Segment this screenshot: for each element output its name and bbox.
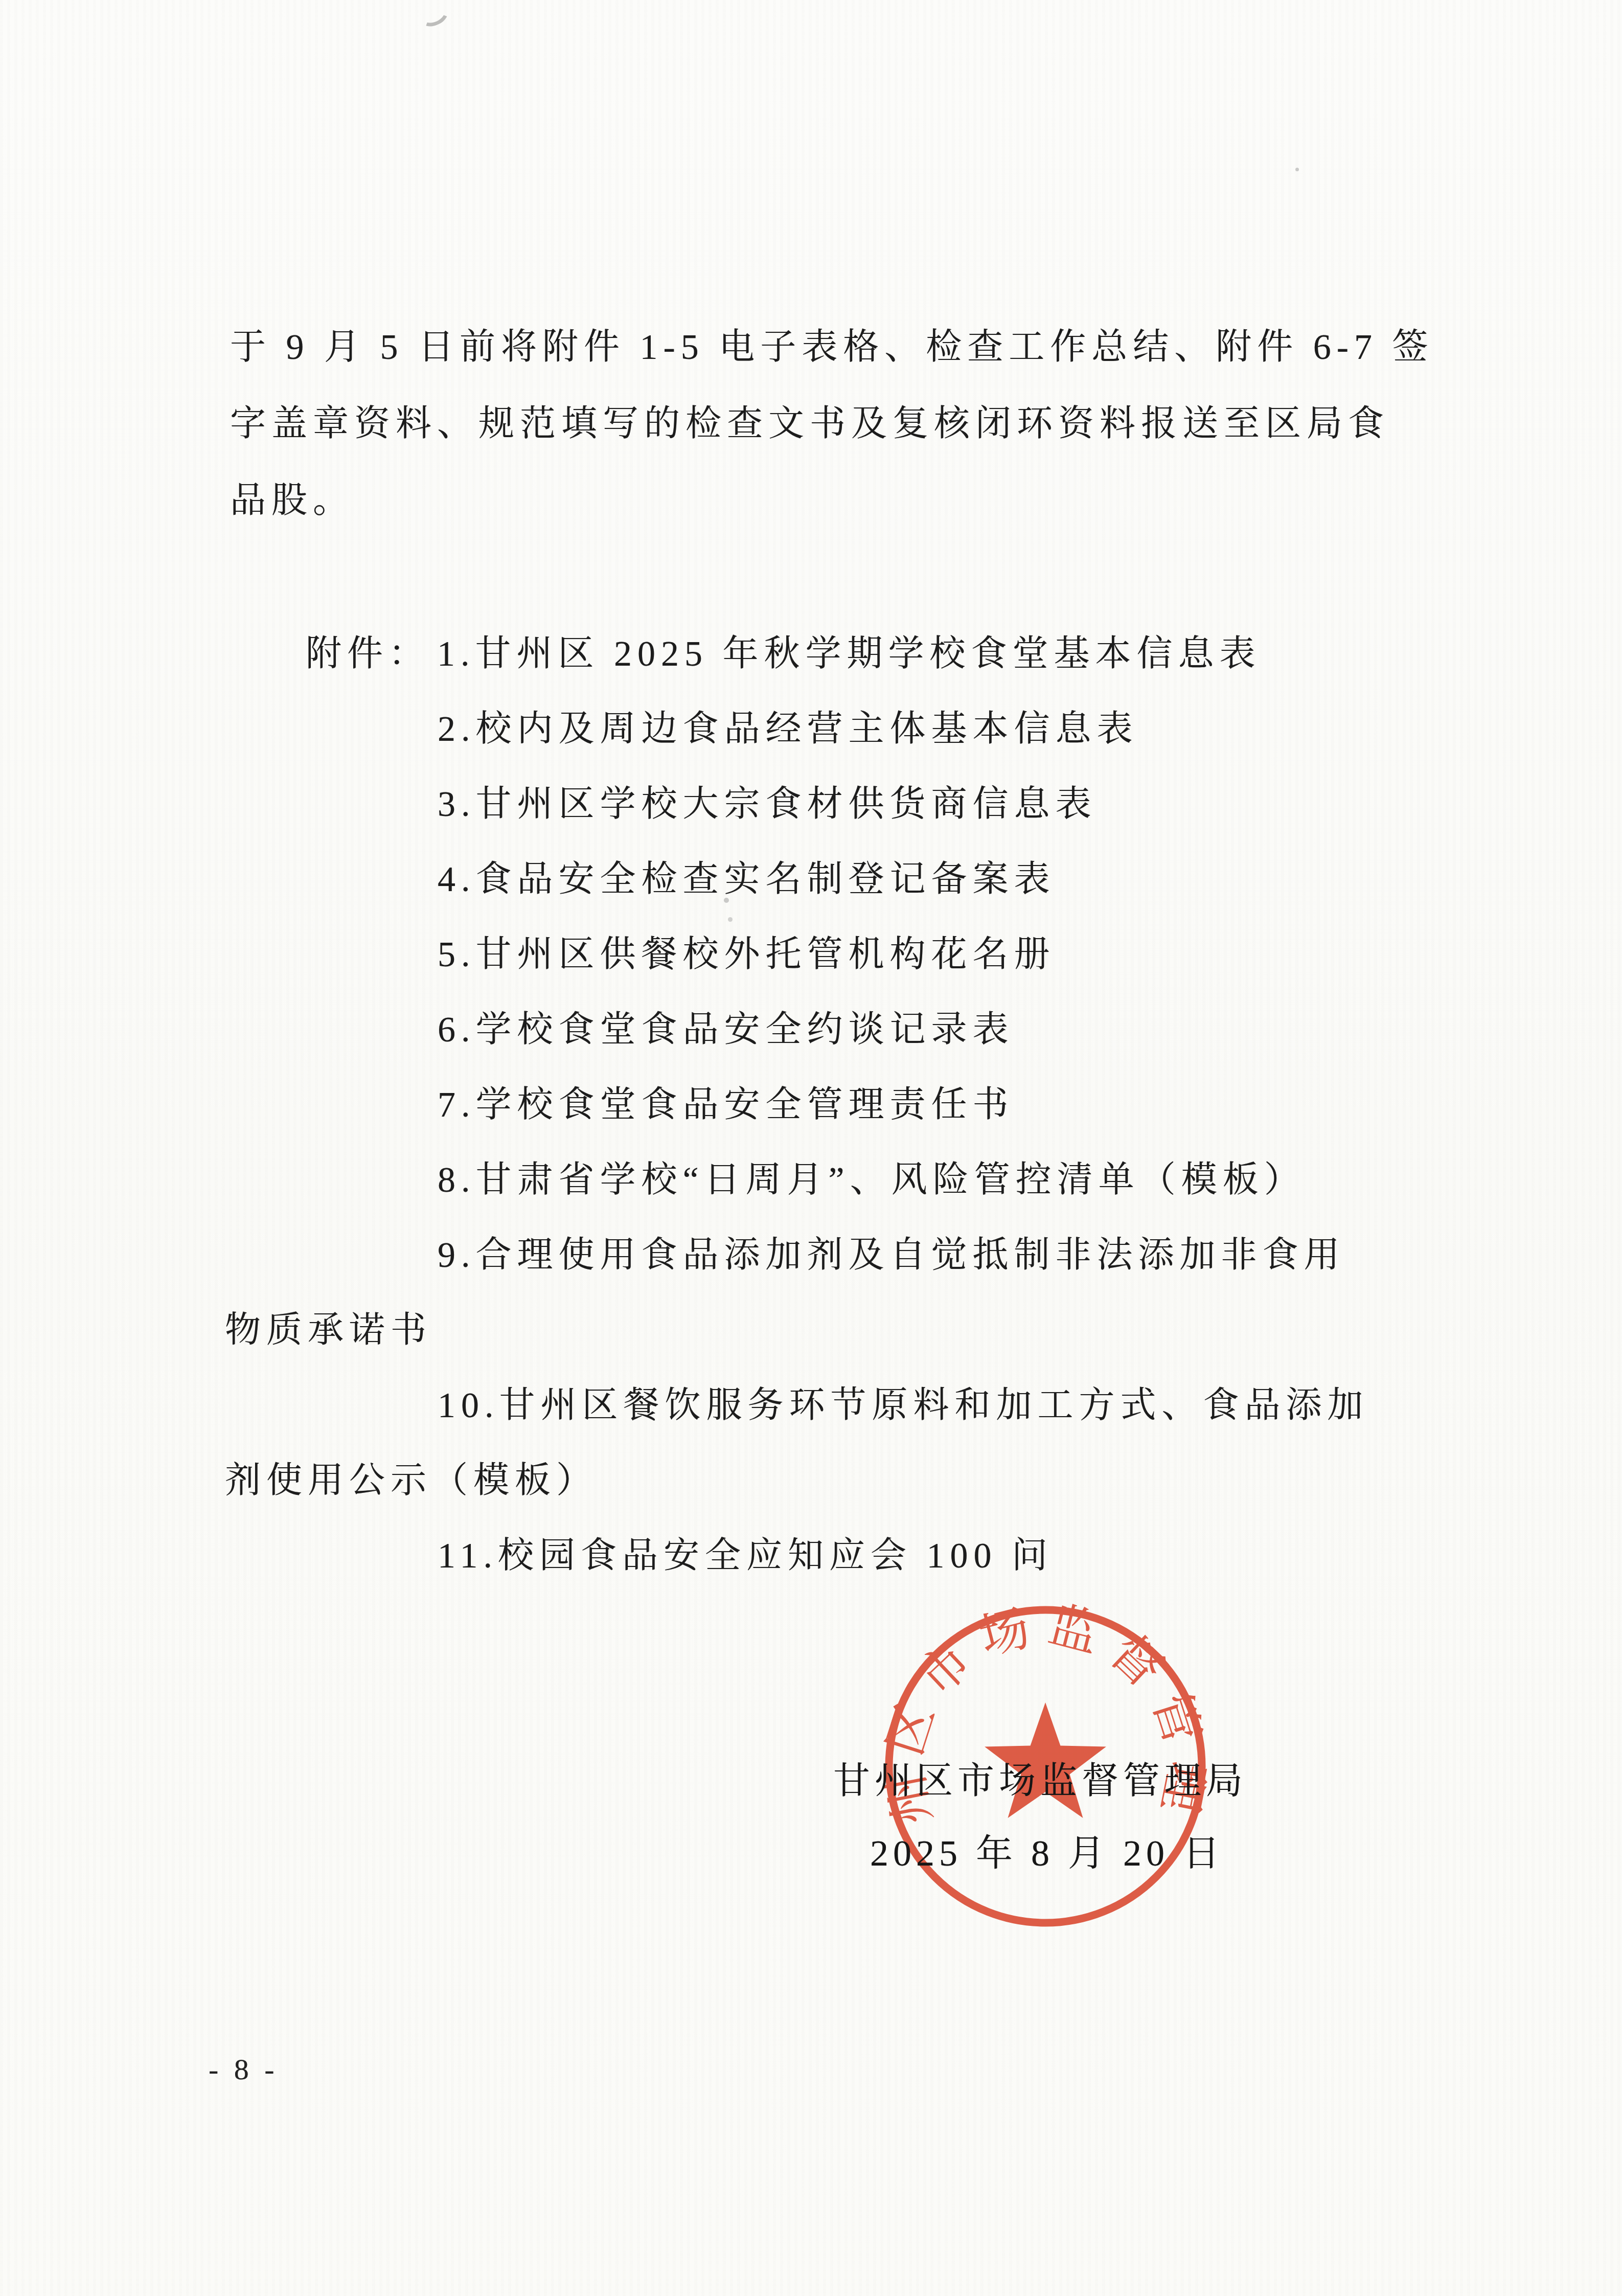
attachment-item-text: 1.甘州区 2025 年秋学期学校食堂基本信息表 xyxy=(437,634,1261,674)
scan-speck-artifact xyxy=(728,917,733,922)
attachment-line: 3.甘州区学校大宗食材供货商信息表 xyxy=(438,775,1097,827)
attachment-line: 7.学校食堂食品安全管理责任书 xyxy=(438,1076,1014,1127)
attachment-line: 8.甘肃省学校“日周月”、风险管控清单（模板） xyxy=(438,1151,1306,1202)
attachment-first-line: 附件：1.甘州区 2025 年秋学期学校食堂基本信息表 xyxy=(306,625,1261,676)
issue-date: 2025 年 8 月 20 日 xyxy=(870,1823,1224,1876)
paragraph-line: 字盖章资料、规范填写的检查文书及复核闭环资料报送至区局食 xyxy=(230,395,1389,446)
attachment-line: 剂使用公示（模板） xyxy=(225,1451,598,1503)
paragraph-line: 品股。 xyxy=(230,471,354,523)
attachments-label: 附件： xyxy=(306,634,437,674)
scan-speck-artifact xyxy=(1295,168,1299,171)
attachment-line: 6.学校食堂食品安全约谈记录表 xyxy=(438,1001,1014,1052)
attachment-line: 5.甘州区供餐校外托管机构花名册 xyxy=(438,925,1056,977)
document-page: 于 9 月 5 日前将附件 1-5 电子表格、检查工作总结、附件 6-7 签字盖… xyxy=(0,0,1622,2296)
attachment-line: 10.甘州区餐饮服务环节原料和加工方式、食品添加 xyxy=(438,1376,1369,1428)
issuer-agency-name: 甘州区市场监督管理局 xyxy=(833,1751,1247,1804)
attachment-line: 物质承诺书 xyxy=(225,1301,432,1353)
attachment-line: 4.食品安全检查实名制登记备案表 xyxy=(438,850,1056,902)
page-number: - 8 - xyxy=(209,2052,279,2086)
paragraph-line: 于 9 月 5 日前将附件 1-5 电子表格、检查工作总结、附件 6-7 签 xyxy=(230,318,1434,370)
attachment-line: 2.校内及周边食品经营主体基本信息表 xyxy=(438,700,1138,752)
scan-smudge-artifact xyxy=(415,0,452,31)
attachment-line: 11.校园食品安全应知应会 100 问 xyxy=(438,1527,1053,1578)
attachment-line: 9.合理使用食品添加剂及自觉抵制非法添加非食用 xyxy=(438,1226,1345,1278)
